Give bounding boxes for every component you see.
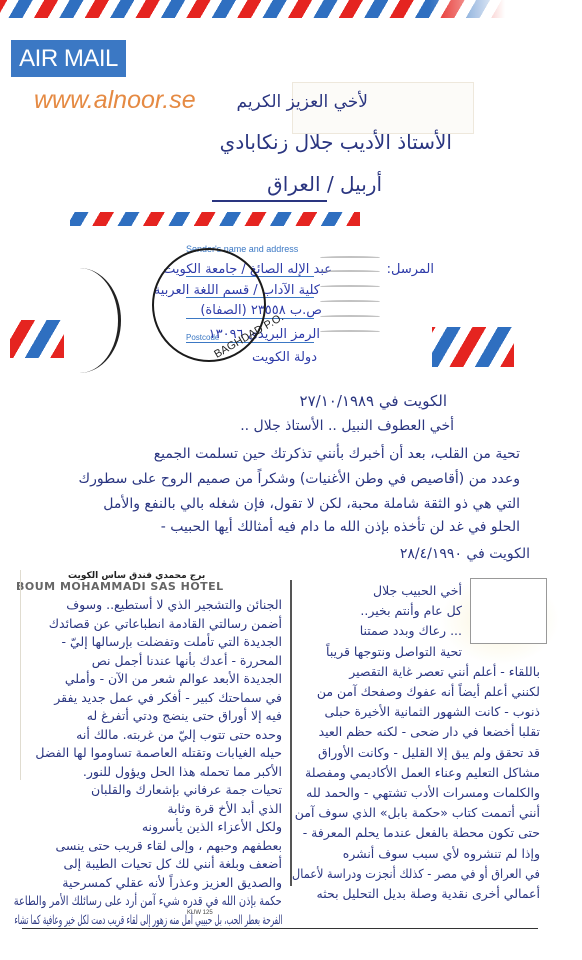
postcard-date: الكويت في ٢٨/٤/١٩٩٠ xyxy=(400,546,530,562)
postcard-line: أضعف وبلغة أنني لك كل تحيات الطيبة إلى xyxy=(63,856,282,871)
postcard-line: والصديق العزيز وعذراً لأنه عقلي كمسرحية xyxy=(62,875,282,890)
postcard-line: أنني أتممت كتاب «حكمة بابل» الذي سوف آمن xyxy=(295,805,540,820)
postcard-line: مشاكل التعليم وعناء العمل الأكاديمي ومفص… xyxy=(305,765,540,780)
airmail-stripe-flag-right xyxy=(432,327,514,367)
postcard-line: الأكبر مما تحمله هذا الحل ويؤول للنور. xyxy=(83,764,282,779)
stamp-box xyxy=(470,578,547,644)
city-underline xyxy=(212,200,327,202)
recipient-city: أربيل / العراق xyxy=(267,172,382,196)
postcard-line: الجديدة التي تأملت وتفضلت بإرسالها إليّ … xyxy=(62,634,283,649)
postcard-line: أضمن رسالتي القادمة انطباعاتي عن قصائدك xyxy=(49,616,282,631)
postcard-line: ولكل الأعزاء الذين يأسرونه xyxy=(142,819,282,834)
postcard-line: كل عام وأنتم بخير.. xyxy=(360,603,462,618)
print-mark: KUW 125 xyxy=(187,910,213,916)
aerogram-stripe-border xyxy=(70,212,360,226)
recipient-greeting: لأخي العزيز الكريم xyxy=(237,92,369,112)
cancellation-wave xyxy=(320,270,380,273)
postcard-line: بعطفهم وحبهم ، وإلى لقاء قريب حتى ينسى xyxy=(55,838,282,853)
postcard-line: فيه إلا أوراق حتى ينضج ودتي أتفرغ له xyxy=(87,708,282,723)
postcard-line: أخي الحبيب جلال xyxy=(373,583,462,598)
letter-line: التي هي ذو الثقة شاملة محبة، لكن لا تقول… xyxy=(103,496,520,512)
sender-line: دولة الكويت xyxy=(252,350,317,365)
cancellation-wave xyxy=(320,300,380,303)
airmail-stripe-flag-left xyxy=(10,320,64,358)
postcard-line: أعمالي أخرى نقدية وصلة بديل التحليل بحثه xyxy=(317,886,540,901)
postcard-line: تقلبا أخضعا في دار ضحى - لكنه حظم العيد xyxy=(319,724,540,739)
postcard-line: الذي أبد الأخ قرة وثابة xyxy=(167,801,282,816)
postcard-line: والكلمات ومسرات الأدب تشتهي - والحمد لله xyxy=(306,785,540,800)
postcard-line: الجنائن والتشجير الذي لا أستطيع.. وسوف xyxy=(66,597,282,612)
sender-prefix: المرسل: xyxy=(387,262,434,277)
postcard-divider xyxy=(290,580,292,886)
postcard-line: باللقاء - أعلم أنني تعصر غاية التقصير xyxy=(349,664,540,679)
cancellation-wave xyxy=(320,315,380,318)
postcard-line: حتى تكون محطة بالفعل عندما يحلم المعرفة … xyxy=(303,825,540,840)
hotel-name-english: BOUM MOHAMMADI SAS HOTEL xyxy=(16,580,224,593)
postcard-line: الفرحة بعطر الحب، بل حبيبي أمل منه زهور … xyxy=(14,912,282,927)
postcard-line: حكمة بإذن الله في قدره شيء آمن أرد على ر… xyxy=(14,893,282,908)
postcard-line: لكنني أعلم أيضاً أنه عفوك وصفحك آمن من xyxy=(317,684,540,699)
letter-line: الحلو في غد لن تأخذه بإذن الله ما دام في… xyxy=(161,519,520,535)
postcard-line: المحررة - أعدك بأنها عندنا أجمل نص xyxy=(92,653,282,668)
postcard-line: وإذا لم تنشروه لأي سبب سوف أنشره xyxy=(343,846,540,861)
postcard-line: في سماحتك كبير - أفكر في عمل جديد يفقر xyxy=(54,690,282,705)
postcard-bottom-rule xyxy=(22,928,538,929)
airmail-badge: AIR MAIL xyxy=(11,40,126,77)
postcard-line: الجديدة الأبعد عوالم شعر من الآن - وأملي xyxy=(65,671,282,686)
postcard-line: حيله الغيابات وتقتله العاصمة تساوموا لها… xyxy=(35,745,282,760)
postmark-stamp xyxy=(152,248,266,362)
letter-line: وعدد من (أقاصيص في وطن الأغنيات) وشكراً … xyxy=(79,471,520,487)
postcard-line: تحيات جمة عرفاني بإشعارك والقلبان xyxy=(91,782,282,797)
postcard-edge xyxy=(20,570,21,780)
postcard-line: قد تحقق ولم يبق إلا القليل - وكانت الأور… xyxy=(318,745,540,760)
postcard-line: تحية التواصل ونتوجها قريباً xyxy=(326,644,462,659)
cancellation-wave xyxy=(320,256,380,259)
postcard-line: في العراق أو في مصر - كذلك أنجزت ودراسة … xyxy=(292,866,540,881)
letter-line: تحية من القلب، بعد أن أخبرك بأنني تذكرتك… xyxy=(154,446,520,462)
postcard-line: ذنوب - كانت الشهور الثمانية الأخيرة حبلى xyxy=(325,704,540,719)
cancellation-wave xyxy=(320,330,380,333)
postcard-line: وحده حتى تتوب إليّ من غربته. مالك أنه xyxy=(76,727,282,742)
letter-date: الكويت في ٢٧/١٠/١٩٨٩ xyxy=(300,392,447,410)
postcard-line: ... رعاك وبدد صمتنا xyxy=(360,623,462,638)
recipient-name: الأستاذ الأديب جلال زنكابادي xyxy=(220,130,452,154)
letter-salutation: أخي العطوف النبيل .. الأستاذ جلال .. xyxy=(240,418,454,434)
website-watermark: www.alnoor.se xyxy=(34,86,196,115)
airmail-stripe-border-top xyxy=(0,0,505,18)
cancellation-wave xyxy=(320,285,380,288)
